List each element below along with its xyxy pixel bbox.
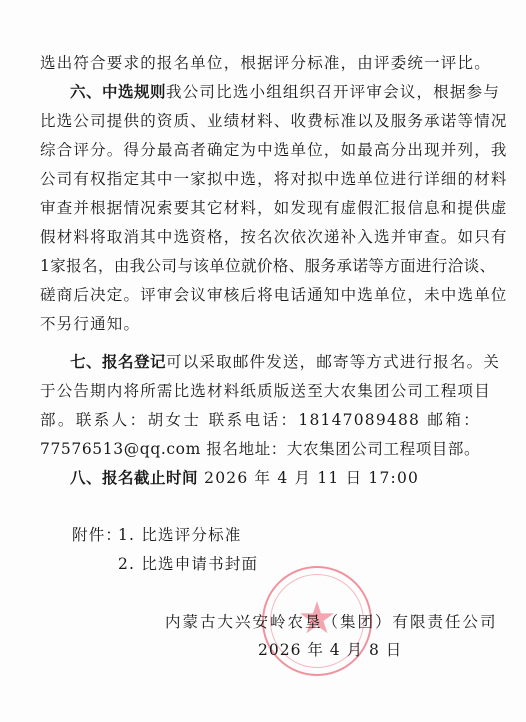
- section-seven-heading: 七、报名登记: [70, 353, 166, 371]
- section-eight-heading: 八、报名截止时间: [70, 469, 198, 487]
- paragraph-line: 比选公司提供的资质、业绩材料、收费标准以及服务承诺等情况: [40, 111, 480, 131]
- paragraph-line: 于公告期内将所需比选材料纸质版送至大农集团公司工程项目: [40, 381, 480, 401]
- paragraph-line: 1家报名，由我公司与该单位就价格、服务承诺等方面进行洽谈、: [40, 256, 480, 276]
- paragraph-line: 磋商后决定。评审会议审核后将电话通知中选单位，未中选单位: [40, 285, 480, 305]
- document-page: 选出符合要求的报名单位，根据评分标准，由评委统一评比。 六、中选规则我公司比选小…: [0, 0, 526, 722]
- paragraph-line: 公司有权指定其中一家拟中选，将对拟中选单位进行详细的材料: [40, 169, 480, 189]
- section-eight-line: 八、报名截止时间 2026 年 4 月 11 日 17:00: [70, 468, 510, 488]
- paragraph-text: 可以采取邮件发送，邮寄等方式进行报名。关: [166, 353, 500, 371]
- contact-line: 部。联系人：胡女士 联系电话：18147089488 邮箱：: [40, 410, 480, 430]
- company-signature: 内蒙古大兴安岭农垦（集团）有限责任公司: [165, 612, 498, 632]
- section-six-line: 六、中选规则我公司比选小组组织召开评审会议，根据参与: [70, 82, 480, 102]
- paragraph-line: 审查并根据情况索要其它材料，如发现有虚假汇报信息和提供虚: [40, 198, 480, 218]
- email-address-line: 77576513@qq.com 报名地址：大农集团公司工程项目部。: [40, 439, 480, 459]
- paragraph-line: 不另行通知。: [40, 314, 480, 334]
- deadline-text: 2026 年 4 月 11 日 17:00: [198, 469, 419, 487]
- paragraph-line: 综合评分。得分最高者确定为中选单位，如最高分出现并列，我: [40, 140, 480, 160]
- paragraph-text: 我公司比选小组组织召开评审会议，根据参与: [166, 83, 500, 101]
- section-six-heading: 六、中选规则: [70, 83, 166, 101]
- paragraph-line: 假材料将取消其中选资格，按名次依次递补入选并审查。如只有: [40, 227, 480, 247]
- paragraph-line: 选出符合要求的报名单位，根据评分标准，由评委统一评比。: [40, 53, 480, 73]
- section-seven-line: 七、报名登记可以采取邮件发送，邮寄等方式进行报名。关: [70, 352, 480, 372]
- attachment-item: 1. 比选评分标准: [118, 525, 526, 545]
- signature-date: 2026 年 4 月 8 日: [258, 640, 402, 660]
